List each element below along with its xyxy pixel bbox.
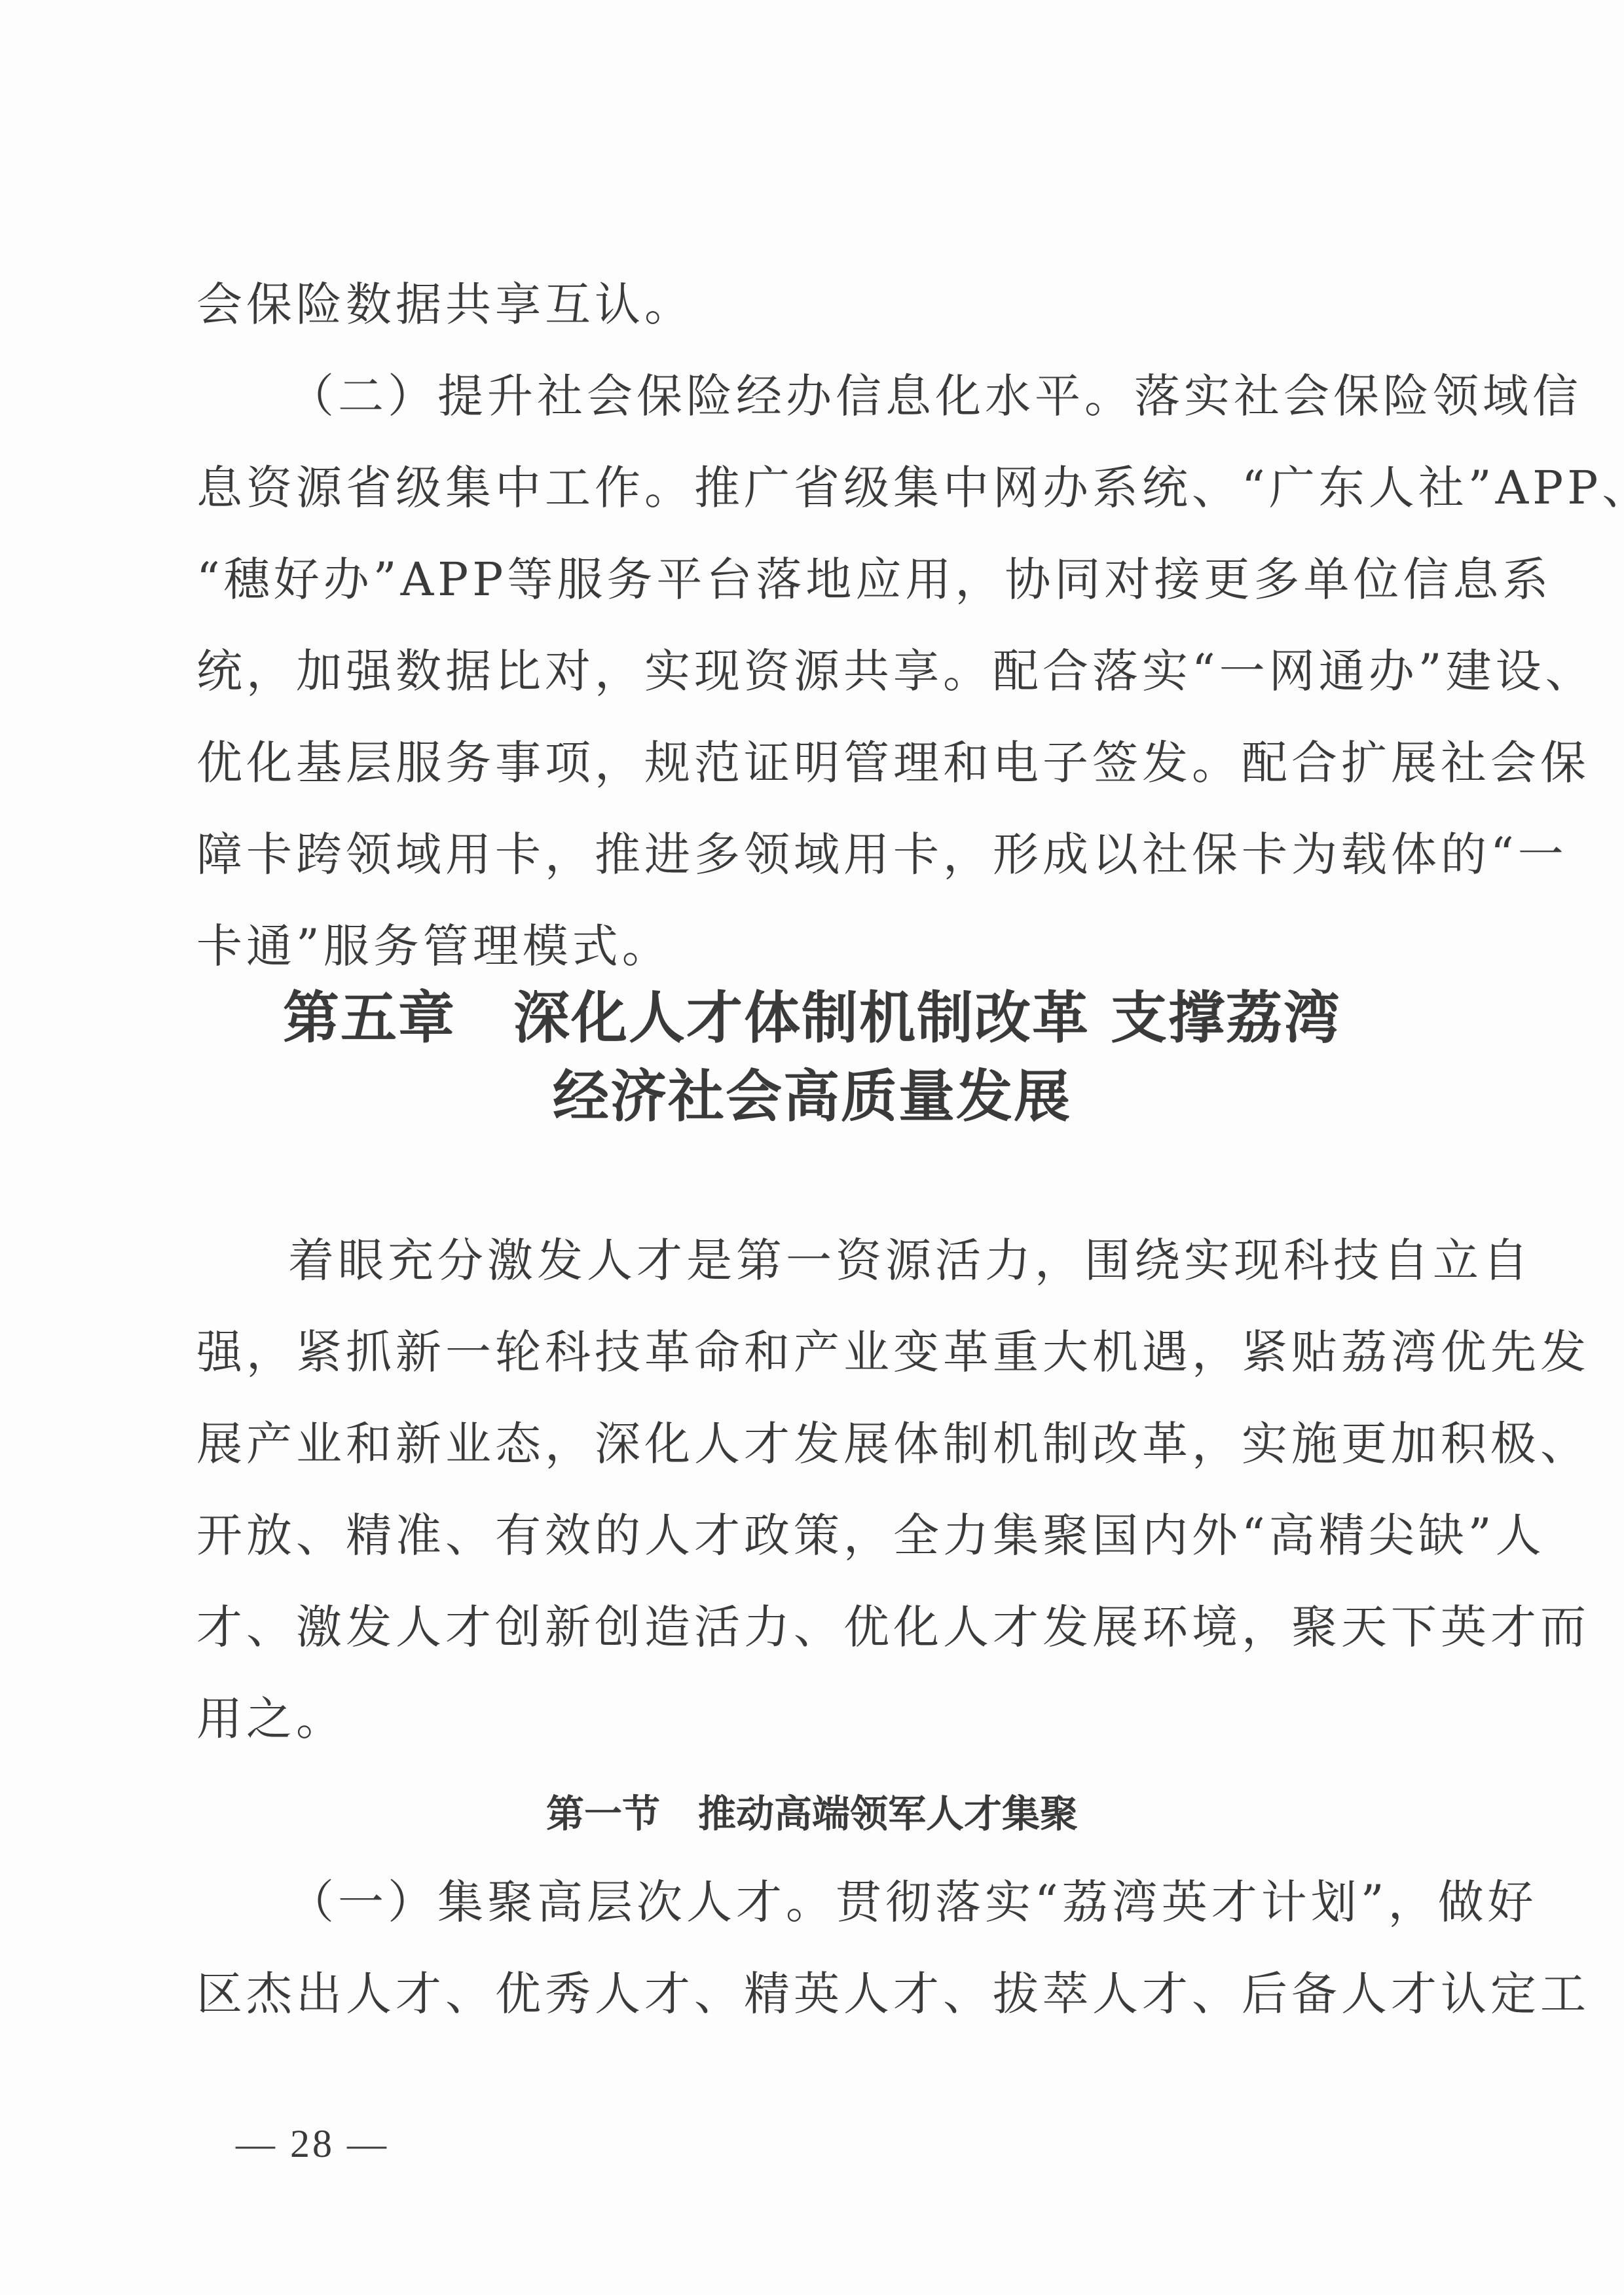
chapter-title-line1: 第五章 深化人才体制机制改革 支撑荔湾 — [0, 982, 1624, 1054]
item-one-line: （一）集聚高层次人才。贯彻落实“荔湾英才计划”，做好 — [288, 1873, 1519, 1932]
item-two-line: （二）提升社会保险经办信息化水平。落实社会保险领域信 — [288, 367, 1519, 426]
item-two-line: “穗好办”APP等服务平台落地应用，协同对接更多单位信息系 — [196, 550, 1428, 609]
item-one-line: 区杰出人才、优秀人才、精英人才、拔萃人才、后备人才认定工 — [196, 1964, 1428, 2023]
item-two-line: 障卡跨领域用卡，推进多领域用卡，形成以社保卡为载体的“一 — [196, 825, 1428, 884]
intro-line: 着眼充分激发人才是第一资源活力，围绕实现科技自立自 — [288, 1231, 1519, 1290]
intro-line: 才、激发人才创新创造活力、优化人才发展环境，聚天下英才而 — [196, 1598, 1428, 1657]
document-page: 会保险数据共享互认。 （二）提升社会保险经办信息化水平。落实社会保险领域信 息资… — [0, 0, 1624, 2295]
item-two-line: 卡通”服务管理模式。 — [196, 917, 1428, 976]
intro-line: 展产业和新业态，深化人才发展体制机制改革，实施更加积极、 — [196, 1414, 1428, 1473]
item-two-line: 息资源省级集中工作。推广省级集中网办系统、“广东人社”APP、 — [196, 458, 1428, 517]
intro-line: 开放、精准、有效的人才政策，全力集聚国内外“高精尖缺”人 — [196, 1506, 1428, 1565]
page-number: — 28 — — [236, 2121, 389, 2167]
section-title: 第一节 推动高端领军人才集聚 — [0, 1788, 1624, 1840]
intro-line: 强，紧抓新一轮科技革命和产业变革重大机遇，紧贴荔湾优先发 — [196, 1323, 1428, 1382]
item-two-line: 优化基层服务事项，规范证明管理和电子签发。配合扩展社会保 — [196, 733, 1428, 792]
intro-line: 用之。 — [196, 1689, 1428, 1748]
item-two-line: 统，加强数据比对，实现资源共享。配合落实“一网通办”建设、 — [196, 642, 1428, 701]
paragraph-line: 会保险数据共享互认。 — [196, 275, 1428, 334]
chapter-title-line2: 经济社会高质量发展 — [0, 1061, 1624, 1133]
